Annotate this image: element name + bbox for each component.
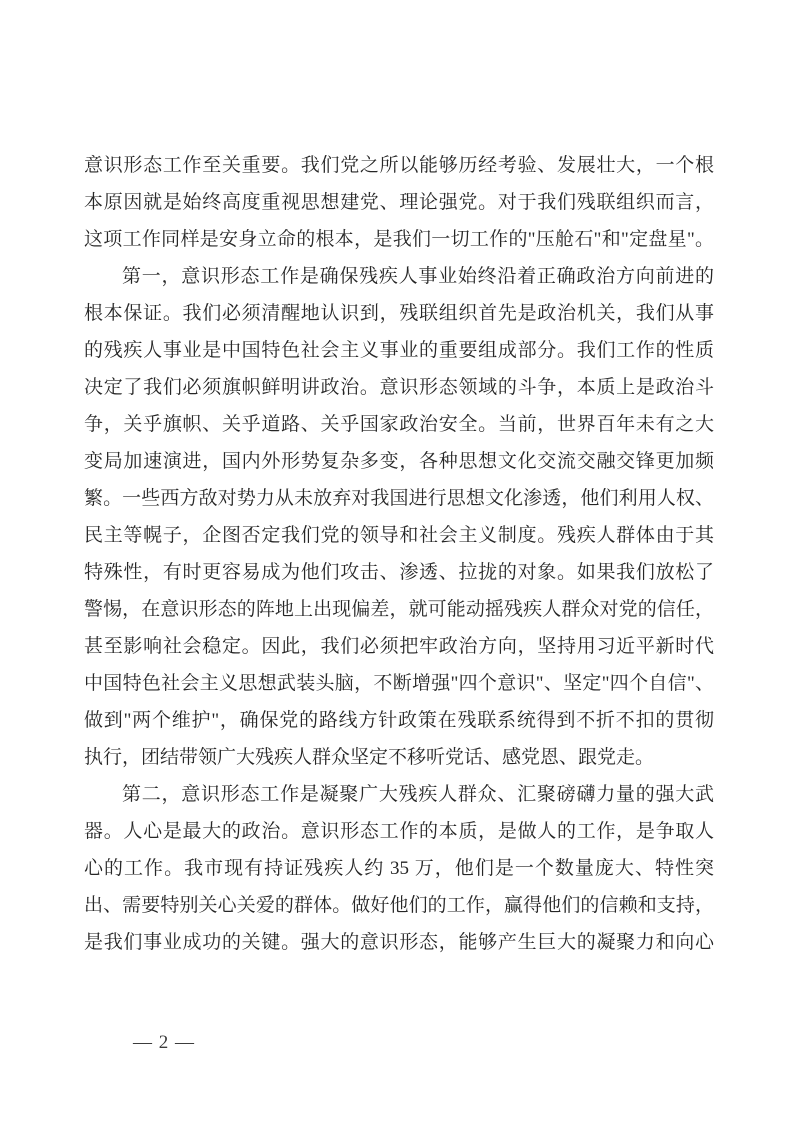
text-line: 根本保证。我们必须清醒地认识到，残联组织首先是政治机关，我们从事 <box>84 295 714 332</box>
text-line: 中国特色社会主义思想武装头脑，不断增强"四个意识"、坚定"四个自信"、 <box>84 665 714 702</box>
text-line: 心的工作。我市现有持证残疾人约 35 万，他们是一个数量庞大、特性突 <box>84 850 714 887</box>
text-line: 第一，意识形态工作是确保残疾人事业始终沿着正确政治方向前进的 <box>84 258 714 295</box>
text-line: 本原因就是始终高度重视思想建党、理论强党。对于我们残联组织而言， <box>84 184 714 221</box>
document-page: 意识形态工作至关重要。我们党之所以能够历经考验、发展壮大，一个根 本原因就是始终… <box>0 0 793 1122</box>
text-line: 决定了我们必须旗帜鲜明讲政治。意识形态领域的斗争，本质上是政治斗 <box>84 369 714 406</box>
text-line: 第二，意识形态工作是凝聚广大残疾人群众、汇聚磅礴力量的强大武 <box>84 776 714 813</box>
paragraph-3: 第二，意识形态工作是凝聚广大残疾人群众、汇聚磅礴力量的强大武 器。人心是最大的政… <box>84 776 714 961</box>
text-line: 甚至影响社会稳定。因此，我们必须把牢政治方向，坚持用习近平新时代 <box>84 628 714 665</box>
text-line: 是我们事业成功的关键。强大的意识形态，能够产生巨大的凝聚力和向心 <box>84 924 714 961</box>
text-line: 民主等幌子，企图否定我们党的领导和社会主义制度。残疾人群体由于其 <box>84 517 714 554</box>
text-line: 警惕，在意识形态的阵地上出现偏差，就可能动摇残疾人群众对党的信任， <box>84 591 714 628</box>
page-number: — 2 — <box>133 1031 195 1055</box>
text-line: 做到"两个维护"，确保党的路线方针政策在残联系统得到不折不扣的贯彻 <box>84 702 714 739</box>
paragraph-1: 意识形态工作至关重要。我们党之所以能够历经考验、发展壮大，一个根 本原因就是始终… <box>84 147 714 258</box>
text-line: 争，关乎旗帜、关乎道路、关乎国家政治安全。当前，世界百年未有之大 <box>84 406 714 443</box>
text-line: 的残疾人事业是中国特色社会主义事业的重要组成部分。我们工作的性质 <box>84 332 714 369</box>
paragraph-2: 第一，意识形态工作是确保残疾人事业始终沿着正确政治方向前进的 根本保证。我们必须… <box>84 258 714 776</box>
text-line: 器。人心是最大的政治。意识形态工作的本质，是做人的工作，是争取人 <box>84 813 714 850</box>
text-line: 出、需要特别关心关爱的群体。做好他们的工作，赢得他们的信赖和支持， <box>84 887 714 924</box>
text-line: 执行，团结带领广大残疾人群众坚定不移听党话、感党恩、跟党走。 <box>84 739 714 776</box>
text-line: 变局加速演进，国内外形势复杂多变，各种思想文化交流交融交锋更加频 <box>84 443 714 480</box>
text-line: 意识形态工作至关重要。我们党之所以能够历经考验、发展壮大，一个根 <box>84 147 714 184</box>
text-line: 繁。一些西方敌对势力从未放弃对我国进行思想文化渗透，他们利用人权、 <box>84 480 714 517</box>
document-body: 意识形态工作至关重要。我们党之所以能够历经考验、发展壮大，一个根 本原因就是始终… <box>84 147 714 961</box>
text-line: 这项工作同样是安身立命的根本，是我们一切工作的"压舱石"和"定盘星"。 <box>84 221 714 258</box>
text-line: 特殊性，有时更容易成为他们攻击、渗透、拉拢的对象。如果我们放松了 <box>84 554 714 591</box>
